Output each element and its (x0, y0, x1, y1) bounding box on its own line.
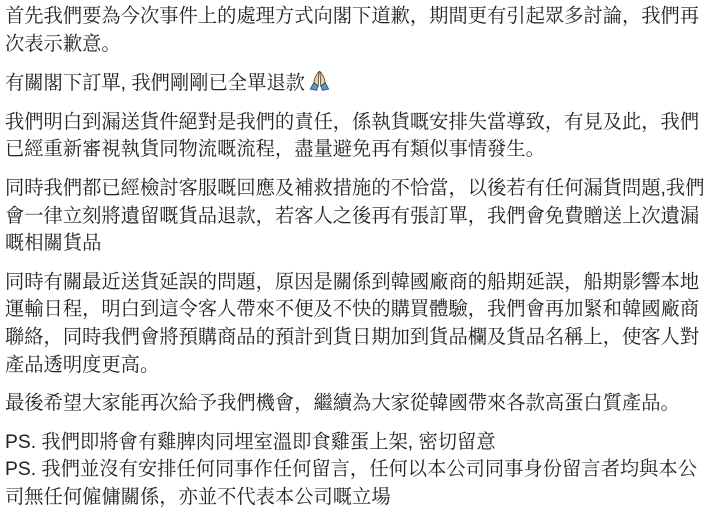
ps-note-new-products: PS. 我們即將會有雞脾肉同埋室溫即食雞蛋上架, 密切留意 (5, 429, 706, 457)
ps-block: PS. 我們即將會有雞脾肉同埋室溫即食雞蛋上架, 密切留意 PS. 我們並沒有安… (5, 429, 706, 512)
refund-text: 有關閣下訂單, 我們剛剛已全單退款 (5, 73, 305, 94)
paragraph-shipping-delay: 同時有關最近送貨延誤的問題，原因是關係到韓國廠商的船期延誤，船期影響本地運輸日程… (5, 269, 706, 379)
paragraph-refund: 有關閣下訂單, 我們剛剛已全單退款 (5, 69, 706, 98)
announcement: 首先我們要為今次事件上的處理方式向閣下道歉，期間更有引起眾多討論，我們再次表示歉… (0, 0, 710, 512)
ps-note-disclaimer: PS. 我們並沒有安排任何同事作任何留言，任何以本公司同事身份留言者均與本公司無… (5, 456, 706, 511)
paragraph-apology-intro: 首先我們要為今次事件上的處理方式向閣下道歉，期間更有引起眾多討論，我們再次表示歉… (5, 3, 706, 58)
page: { "page": { "background": "#ffffff", "te… (0, 0, 710, 515)
paragraph-responsibility: 我們明白到漏送貨件絕對是我們的責任，係執貨嘅安排失當導致，有見及此，我們已經重新… (5, 109, 706, 164)
folded-hands-emoji (307, 69, 332, 94)
paragraph-closing-hope: 最後希望大家能再次給予我們機會，繼續為大家從韓國帶來各款高蛋白質產品。 (5, 390, 706, 418)
paragraph-customer-service-remedy: 同時我們都已經檢討客服嘅回應及補救措施的不恰當，以後若有任何漏貨問題,我們會一律… (5, 175, 706, 258)
